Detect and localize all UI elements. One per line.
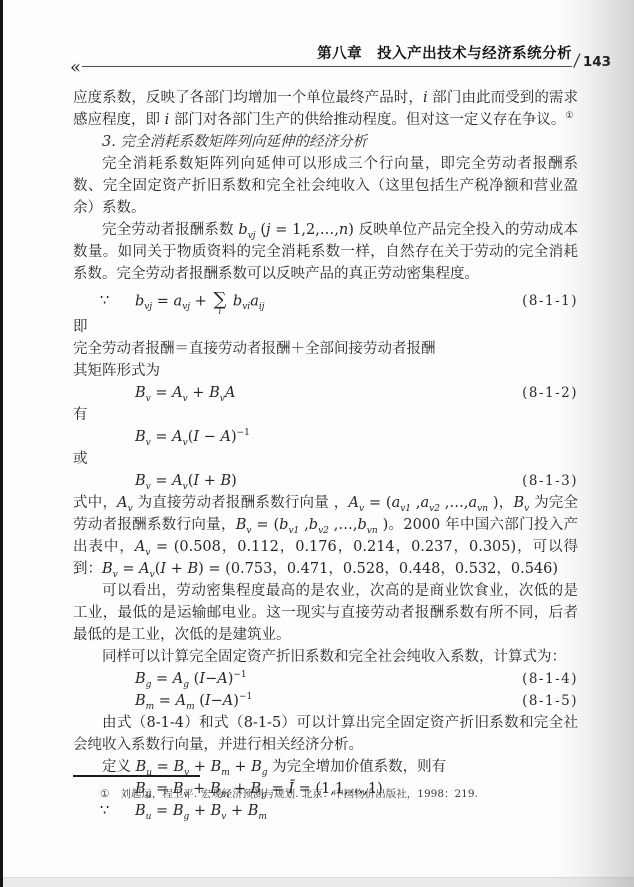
page-bottom-edge (0, 877, 634, 887)
paragraph-from: 由式（8-1-4）和式（8-1-5）可以计算出完全固定资产折旧系数和完全社会纯收… (73, 712, 578, 756)
connector-you: 有 (73, 404, 578, 426)
footnote-rule (73, 775, 200, 777)
formula-8-1-1: ∵ bvj = avj + ∑i bviaij (8-1-1) (73, 289, 578, 314)
page-number: 143 (583, 54, 611, 70)
equation-number: (8-1-2) (522, 382, 578, 404)
paragraph-vectors: 完全消耗系数矩阵列向延伸可以形成三个行向量，即完全劳动者报酬系数、完全固定资产折… (73, 153, 578, 219)
because-symbol: ∵ (100, 290, 135, 312)
formula-8-1-3: Bv = Av(I + B) (8-1-3) (73, 470, 578, 492)
formula-8-1-5: Bm = Am (I−A)−1 (8-1-5) (73, 690, 578, 712)
formula-expression: Bm = Am (I−A)−1 (135, 690, 252, 712)
formula-expression: Bv = Av(I + B) (135, 470, 237, 492)
footnote-marker: ① (100, 787, 109, 802)
page-body: 应度系数，反映了各部门均增加一个单位最终产品时，i 部门由此而受到的需求感应程度… (73, 87, 578, 822)
footnote-text: 刘起运，程卫平. 宏观经济预测与规划. 北京：中国物价出版社，1998：219. (120, 787, 477, 802)
formula-expression: Bv = Av + BvA (135, 382, 235, 404)
formula-expression: Bv = Av(I − A)−1 (135, 426, 250, 448)
connector-huo: 或 (73, 448, 578, 470)
formula-8-1-4: Bg = Ag (I−A)−1 (8-1-4) (73, 668, 578, 690)
equation-number: (8-1-4) (522, 668, 578, 690)
paragraph-observe: 可以看出，劳动密集程度最高的是农业，次高的是商业饮食业，次低的是工业，最低的是运… (73, 580, 578, 646)
formula-expression: Bu = Bg + Bv + Bm (135, 800, 267, 822)
because-symbol: ∵ (100, 800, 135, 822)
formula-inverse: Bv = Av(I − A)−1 (73, 426, 578, 448)
paragraph-bvj: 完全劳动者报酬系数 bvj (j = 1,2,…,n) 反映单位产品完全投入的劳… (73, 219, 578, 285)
word-equation: 完全劳动者报酬＝直接劳动者报酬＋全部间接劳动者报酬 (73, 338, 578, 360)
matrix-form-label: 其矩阵形式为 (73, 360, 578, 382)
header-chevrons-icon: « (70, 63, 81, 73)
header-slash-icon: / (573, 51, 582, 71)
book-spine-edge (0, 0, 3, 887)
footnote-entry: ① 刘起运，程卫平. 宏观经济预测与规划. 北京：中国物价出版社，1998：21… (73, 787, 578, 802)
connector-ji: 即 (73, 316, 578, 338)
equation-number: (8-1-1) (522, 290, 578, 312)
formula-expression: Bg = Ag (I−A)−1 (135, 668, 247, 690)
formula-expression: bvj = avj + ∑i bviaij (135, 289, 265, 314)
section-heading: 3. 完全消耗系数矩阵列向延伸的经济分析 (73, 131, 578, 153)
chapter-title: 第八章 投入产出技术与经济系统分析 (317, 42, 572, 66)
header-rule: 第八章 投入产出技术与经济系统分析 (82, 42, 572, 67)
paragraph-shizhong: 式中，Av 为直接劳动者报酬系数行向量 ，Av = (av1 ,av2 ,…,a… (73, 492, 578, 580)
book-page: « 第八章 投入产出技术与经济系统分析 / 143 应度系数，反映了各部门均增加… (0, 0, 634, 887)
equation-number: (8-1-5) (522, 690, 578, 712)
paragraph-intro: 应度系数，反映了各部门均增加一个单位最终产品时，i 部门由此而受到的需求感应程度… (73, 87, 578, 131)
page-header: « 第八章 投入产出技术与经济系统分析 / 143 (70, 42, 611, 67)
paragraph-same: 同样可以计算完全固定资产折旧系数和完全社会纯收入系数，计算式为： (73, 646, 578, 668)
formula-8-1-2: Bv = Av + BvA (8-1-2) (73, 382, 578, 404)
footnote: ① 刘起运，程卫平. 宏观经济预测与规划. 北京：中国物价出版社，1998：21… (73, 775, 578, 802)
equation-number: (8-1-3) (522, 470, 578, 492)
formula-bu-because: ∵ Bu = Bg + Bv + Bm (73, 800, 578, 822)
